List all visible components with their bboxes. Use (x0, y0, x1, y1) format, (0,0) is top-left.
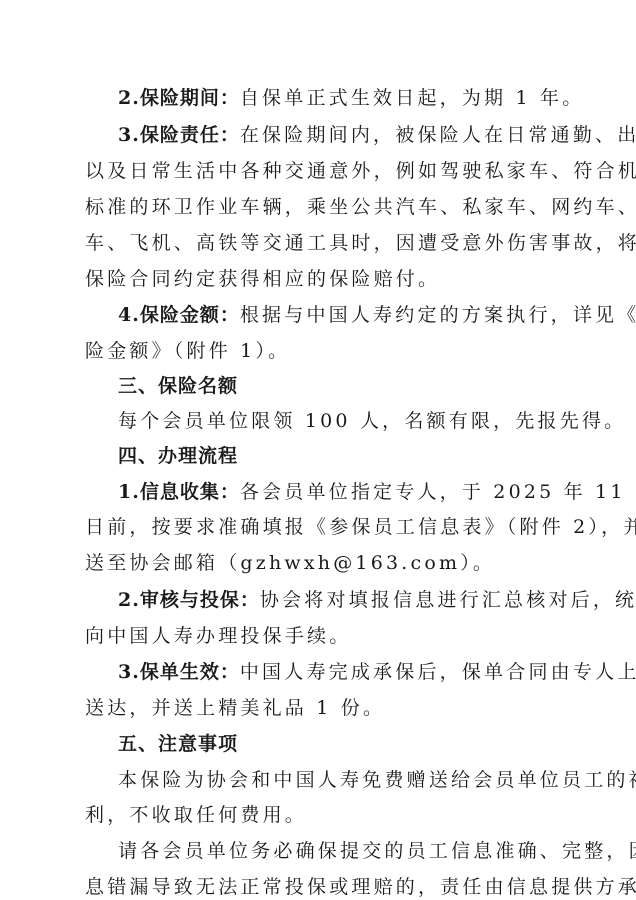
label-insurance-period: 2.保险期间： (118, 87, 240, 109)
section-heading-process: 四、办理流程 (118, 444, 550, 468)
text-line: 每个会员单位限领 100 人，名额有限，先报先得。 (118, 409, 550, 433)
text: 协会将对填报信息进行汇总核对后，统一 (260, 589, 636, 611)
document-page: 2.保险期间：自保单正式生效日起，为期 1 年。 3.保险责任：在保险期间内，被… (0, 0, 636, 900)
text: 各会员单位指定专人，于 2025 年 11 月 30 (240, 481, 636, 503)
text-line: 向中国人寿办理投保手续。 (85, 624, 550, 648)
section-heading-notes: 五、注意事项 (118, 732, 550, 756)
text-line: 标准的环卫作业车辆，乘坐公共汽车、私家车、网约车、出租 (85, 195, 550, 219)
text-line: 请各会员单位务必确保提交的员工信息准确、完整，因信 (118, 839, 550, 863)
label-insurance-liability: 3.保险责任： (118, 124, 240, 146)
para-insurance-liability: 3.保险责任：在保险期间内，被保险人在日常通勤、出差 (118, 123, 550, 147)
text: 中国人寿完成承保后，保单合同由专人上门 (240, 661, 636, 683)
text-line-email: 送至协会邮箱（gzhwxh@163.com）。 (85, 551, 550, 575)
text-line: 息错漏导致无法正常投保或理赔的，责任由信息提供方承担。 (85, 875, 550, 899)
text-line: 保险合同约定获得相应的保险赔付。 (85, 267, 550, 291)
para-policy-effective: 3.保单生效：中国人寿完成承保后，保单合同由专人上门 (118, 660, 550, 684)
para-insurance-period: 2.保险期间：自保单正式生效日起，为期 1 年。 (118, 86, 550, 110)
text-line: 车、飞机、高铁等交通工具时，因遭受意外伤害事故，将依据 (85, 231, 550, 255)
para-insurance-amount: 4.保险金额：根据与中国人寿约定的方案执行，详见《保 (118, 303, 550, 327)
text: 自保单正式生效日起，为期 1 年。 (240, 87, 585, 109)
text: 在保险期间内，被保险人在日常通勤、出差 (240, 124, 636, 146)
label-policy-effective: 3.保单生效： (118, 661, 240, 683)
text-line: 送达，并送上精美礼品 1 份。 (85, 696, 550, 720)
para-info-collection: 1.信息收集：各会员单位指定专人，于 2025 年 11 月 30 (118, 480, 550, 504)
text: 根据与中国人寿约定的方案执行，详见《保 (240, 304, 636, 326)
label-insurance-amount: 4.保险金额： (118, 304, 240, 326)
text-line: 本保险为协会和中国人寿免费赠送给会员单位员工的福 (118, 768, 550, 792)
label-review: 2.审核与投保： (118, 589, 260, 611)
text-line: 利，不收取任何费用。 (85, 803, 550, 827)
para-review: 2.审核与投保：协会将对填报信息进行汇总核对后，统一 (118, 588, 550, 612)
text-line: 以及日常生活中各种交通意外，例如驾驶私家车、符合机动车 (85, 159, 550, 183)
label-info-collection: 1.信息收集： (118, 481, 240, 503)
text-line: 日前，按要求准确填报《参保员工信息表》（附件 2），并发 (85, 515, 550, 539)
text-line: 险金额》（附件 1）。 (85, 339, 550, 363)
section-heading-quota: 三、保险名额 (118, 374, 550, 398)
